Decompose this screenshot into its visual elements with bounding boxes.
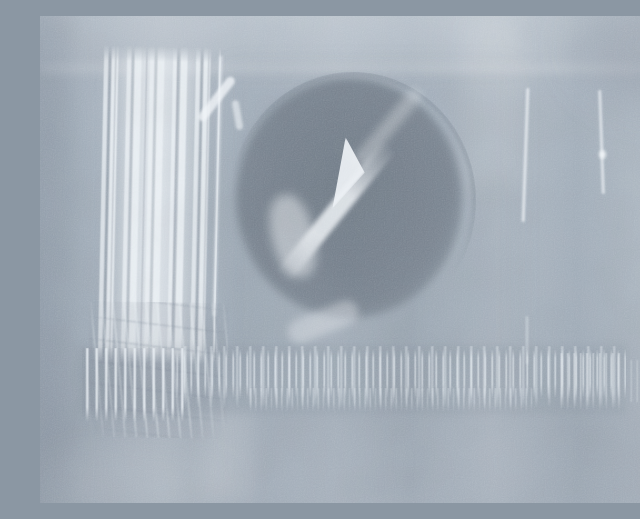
vignette <box>40 16 640 503</box>
photocopied-photo <box>40 16 640 503</box>
